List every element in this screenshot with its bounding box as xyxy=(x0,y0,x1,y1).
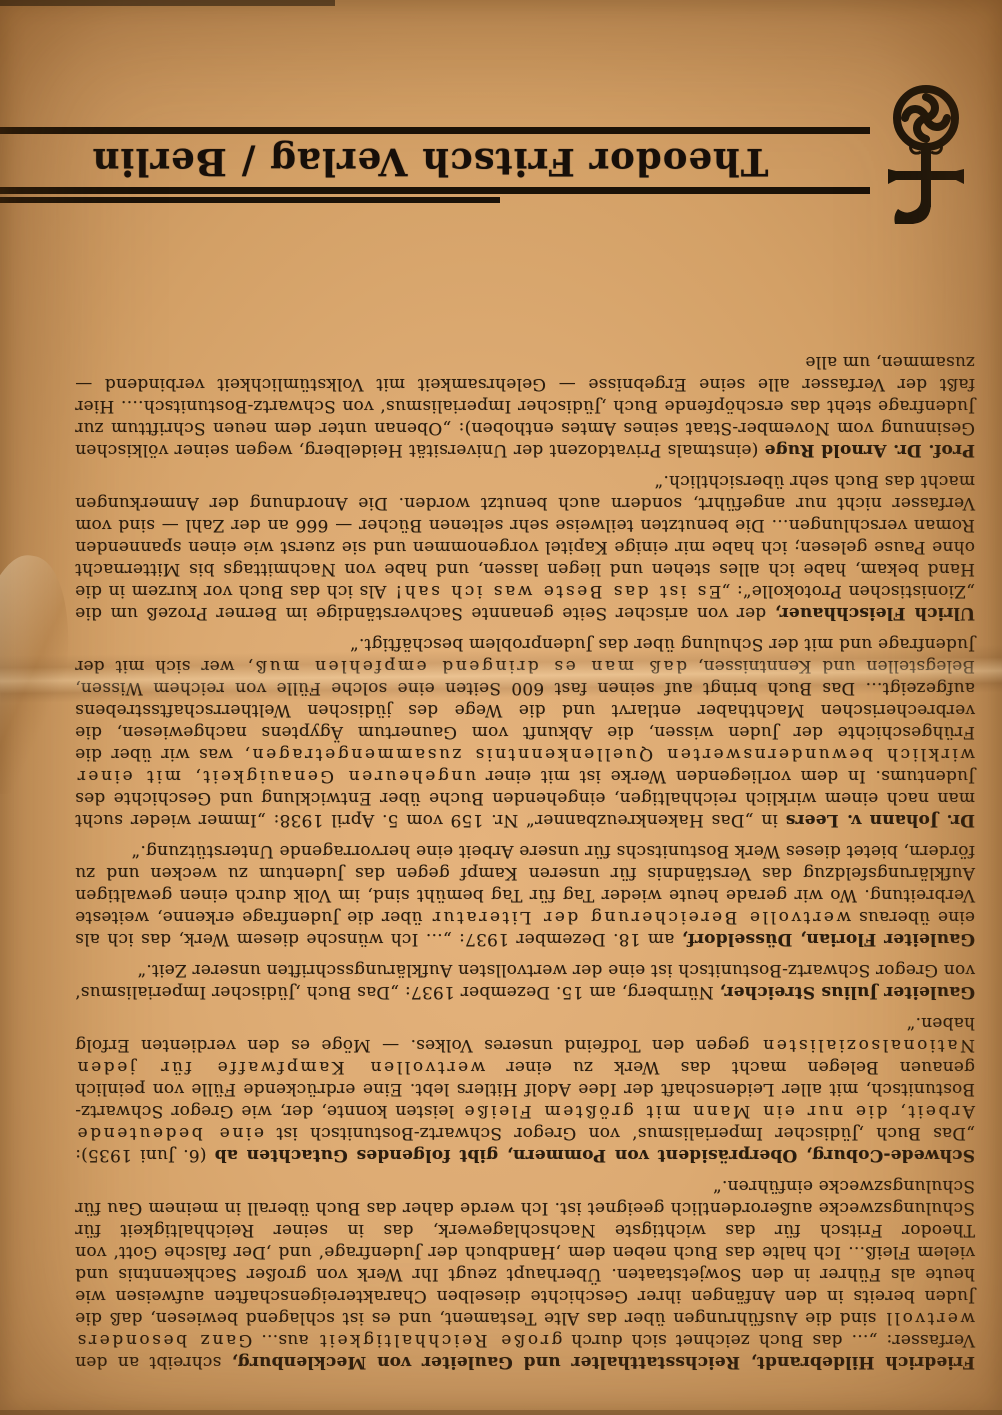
testimonial-text: Es ist das Beste was ich sah! xyxy=(393,581,722,601)
testimonial-source: Friedrich Hildebrandt, Reichsstatthalter… xyxy=(231,1352,975,1372)
banner-rule-stub xyxy=(0,197,500,203)
paper-sheet: Friedrich Hildebrandt, Reichsstatthalter… xyxy=(0,0,1002,1415)
scanned-page: Friedrich Hildebrandt, Reichsstatthalter… xyxy=(0,0,1002,1415)
testimonial-text: daß man es dringend empfehlen muß, xyxy=(245,656,687,676)
testimonials: Friedrich Hildebrandt, Reichsstatthalter… xyxy=(75,342,975,1373)
testimonial-paragraph: Schwede-Coburg, Oberpräsident von Pommer… xyxy=(75,1012,975,1166)
testimonial-paragraph: Ulrich Fleischhauer, der von arischer Se… xyxy=(75,470,975,624)
testimonial-paragraph: Dr. Johann v. Leers in „Das Hakenkreuzba… xyxy=(75,633,975,831)
testimonial-source: Gauleiter Florian, Düsseldorf, xyxy=(682,929,975,949)
testimonial-source: Gauleiter Julius Streicher, xyxy=(719,982,975,1002)
testimonial-source: Schwede-Coburg, Oberpräsident von Pommer… xyxy=(215,1145,975,1165)
testimonial-text: aus… xyxy=(252,1330,317,1350)
testimonial-text: wertvolle Bereicherung der Literatur xyxy=(430,907,851,927)
banner-rule-top xyxy=(0,187,870,194)
testimonial-text: sind die Ausführungen über das Alte Test… xyxy=(75,1176,975,1328)
testimonial-paragraph: Friedrich Hildebrandt, Reichsstatthalter… xyxy=(75,1175,975,1373)
publisher-mark-icon xyxy=(880,77,972,235)
testimonial-source: Ulrich Fleischhauer, xyxy=(775,603,975,623)
testimonial-source: Prof. Dr. Arnold Ruge xyxy=(764,440,975,460)
testimonial-paragraph: Prof. Dr. Arnold Ruge (einstmals Privatd… xyxy=(75,351,975,461)
testimonial-paragraph: Gauleiter Julius Streicher, Nürnberg, am… xyxy=(75,959,975,1003)
publisher-banner: Theodor Fritsch Verlag / Berlin xyxy=(0,127,870,203)
anchor-emblem-icon xyxy=(880,77,972,235)
testimonial-source: Dr. Johann v. Leers xyxy=(786,810,975,830)
testimonial-paragraph: Gauleiter Florian, Düsseldorf, am 18. De… xyxy=(75,840,975,950)
publisher-name: Theodor Fritsch Verlag / Berlin xyxy=(0,134,870,187)
banner-rule-bottom xyxy=(0,127,870,134)
testimonial-text: große Reichhaltigkeit xyxy=(317,1330,562,1350)
